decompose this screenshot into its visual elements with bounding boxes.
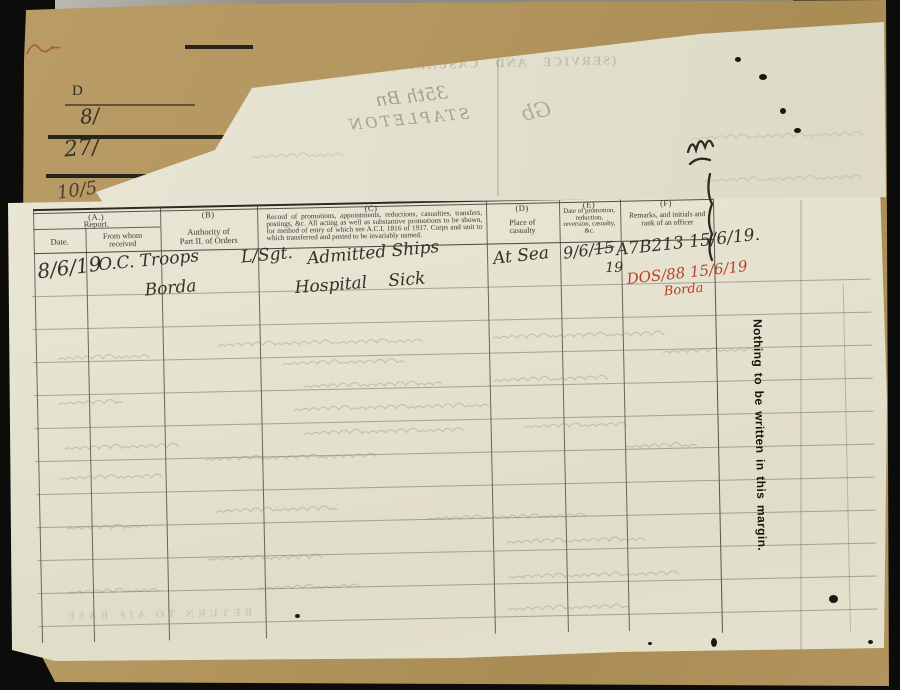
paper-hole [648, 642, 652, 645]
entry-remarks-red-ship: Borda [663, 281, 704, 300]
ruled-line [38, 576, 877, 595]
col-b-label: Authority of Part II. of Orders [163, 227, 253, 247]
entry-event-date-correction: 19 [605, 260, 623, 276]
ruled-line [37, 543, 876, 562]
bleed-through-line [283, 354, 403, 371]
under-sheet-date-fragment: 27/ [63, 135, 100, 163]
margin-edge-line [843, 283, 851, 631]
column-line [160, 206, 170, 640]
bleed-through-line [294, 399, 484, 417]
entry-date: 8/6/19 [36, 251, 103, 283]
ink-scribble [680, 130, 744, 262]
signature-bleed: Gb [519, 97, 553, 126]
col-b-label-line2: Part II. of Orders [180, 235, 238, 246]
bleed-through-line [252, 148, 342, 164]
ruled-line [36, 477, 875, 496]
paper-hole [759, 74, 767, 80]
paper-hole [711, 638, 717, 647]
paper-crease [800, 200, 802, 650]
column-line [85, 228, 95, 642]
column-line [559, 198, 569, 632]
bleed-through-line [494, 371, 604, 387]
bleed-through-line [508, 567, 678, 585]
under-sheet-date-fragment: 10/5 [56, 177, 99, 203]
bleed-through-line [216, 502, 336, 519]
bleed-through-line [305, 423, 455, 440]
ruled-line [34, 378, 873, 397]
bleed-through-line [258, 579, 358, 595]
under-sheet-rule [185, 45, 253, 49]
document-scan: D 8/ 27/ 10/5 (A.) Report. [0, 0, 900, 690]
bleed-through-line [65, 439, 175, 455]
bleed-through-line [205, 449, 375, 467]
under-sheet-date-fragment: 8/ [79, 103, 101, 129]
margin-instruction: Nothing to be written in this margin. [750, 319, 770, 595]
bleed-through-line [304, 377, 434, 394]
entry-record-line2: Hospital Sick [294, 269, 426, 299]
col-a-title: Report. [66, 219, 126, 229]
col-d-tag: (D) [502, 203, 542, 213]
paper-hole [829, 595, 838, 603]
col-a-from-label: From whom received [90, 232, 154, 250]
entry-record-line1: Admitted Ships [306, 237, 440, 269]
bleed-through-line [525, 418, 625, 434]
event-date-struck: 15 [593, 237, 616, 258]
bleed-through-line [663, 343, 753, 359]
bleed-through-line [207, 550, 317, 566]
col-e-label: Date of promotion, reduction, reversion,… [562, 208, 617, 236]
ruled-line [32, 312, 871, 331]
column-line [257, 204, 267, 638]
bleed-through-stamp: RETURN TO AIF BASE [63, 607, 252, 623]
event-date-kept: 9/6/ [562, 240, 595, 263]
entry-rank: L/Sgt. [240, 243, 293, 268]
bleed-through-line [625, 438, 695, 453]
bleed-through-line [59, 395, 119, 410]
paper-hole [780, 108, 786, 114]
entry-from-whom-line2: Borda [144, 276, 197, 301]
paper-hole [295, 614, 300, 618]
paper-hole [735, 57, 741, 62]
paper-hole [868, 640, 873, 644]
col-c-label: Record of promotions, appointments, redu… [266, 209, 483, 242]
bleed-through-line [68, 584, 158, 600]
bleed-through-line [67, 520, 147, 536]
under-sheet-date-header: D [72, 84, 83, 100]
bleed-through-line [218, 334, 418, 352]
col-a-date-label: Date. [37, 237, 83, 247]
bleed-through-line [426, 509, 576, 526]
paper-hole [794, 128, 801, 133]
col-b-tag: (B) [188, 210, 228, 220]
bleed-through-line [508, 600, 628, 617]
entry-place: At Sea [492, 243, 550, 269]
bleed-through-line [507, 533, 637, 550]
bleed-through-line [60, 470, 160, 486]
col-d-label: Place of casualty [498, 218, 546, 236]
bleed-through-line [493, 327, 653, 344]
bleed-through-line [58, 350, 148, 366]
surname-label: STAPLETON [345, 105, 470, 135]
red-ink-mark [24, 38, 68, 60]
